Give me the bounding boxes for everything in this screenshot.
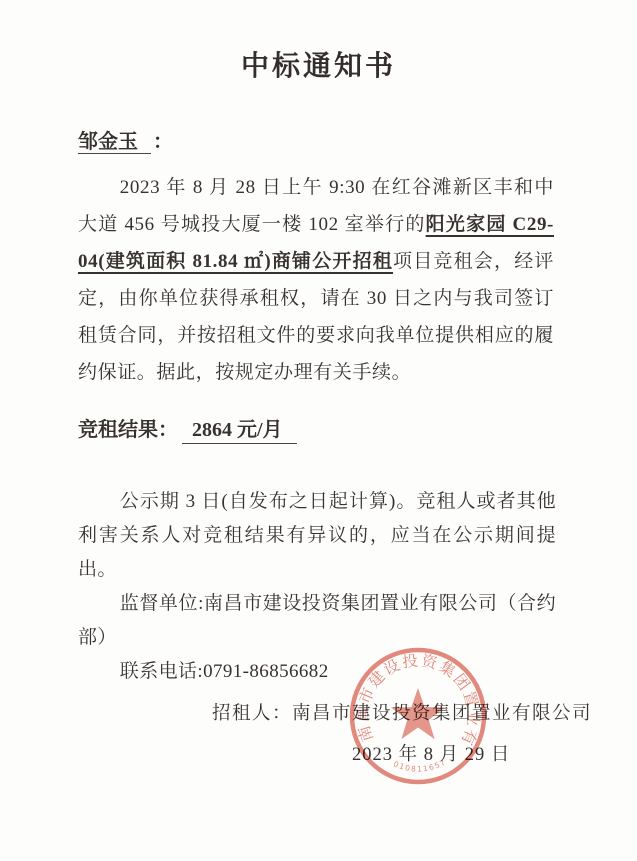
lessor-label: 招租人： (212, 704, 292, 724)
phone-label: 联系电话: (120, 661, 203, 682)
document-title: 中标通知书 (0, 44, 637, 84)
phone-value: 0791-86856682 (203, 661, 329, 682)
lessor-name: 南昌市建设投资集团置业有限公司 (292, 704, 592, 724)
phone-line: 联系电话:0791-86856682 (78, 655, 556, 689)
body-paragraph: 2023 年 8 月 28 日上午 9:30 在红谷滩新区丰和中大道 456 号… (78, 169, 554, 391)
recipient-name: 邹金玉 (78, 131, 151, 154)
signature-date: 2023 年 8 月 29 日 (352, 743, 510, 768)
supervisor-label: 监督单位: (120, 593, 204, 614)
lessor-signature-line: 招租人：南昌市建设投资集团置业有限公司 (212, 702, 592, 727)
bid-result-value: 2864 元/月 (182, 419, 297, 444)
public-notice-block: 公示期 3 日(自发布之日起计算)。竞租人或者其他利害关系人对竞租结果有异议的，… (78, 485, 556, 689)
award-notice-document: 中标通知书 邹金玉： 2023 年 8 月 28 日上午 9:30 在红谷滩新区… (0, 0, 637, 861)
bid-result-label: 竞租结果： (78, 419, 178, 441)
supervisor-line: 监督单位:南昌市建设投资集团置业有限公司（合约部） (78, 587, 556, 655)
recipient-colon: ： (153, 131, 173, 153)
bid-result-line: 竞租结果：2864 元/月 (78, 417, 297, 444)
public-notice-paragraph: 公示期 3 日(自发布之日起计算)。竞租人或者其他利害关系人对竞租结果有异议的，… (78, 485, 556, 587)
recipient-line: 邹金玉： (78, 129, 173, 155)
